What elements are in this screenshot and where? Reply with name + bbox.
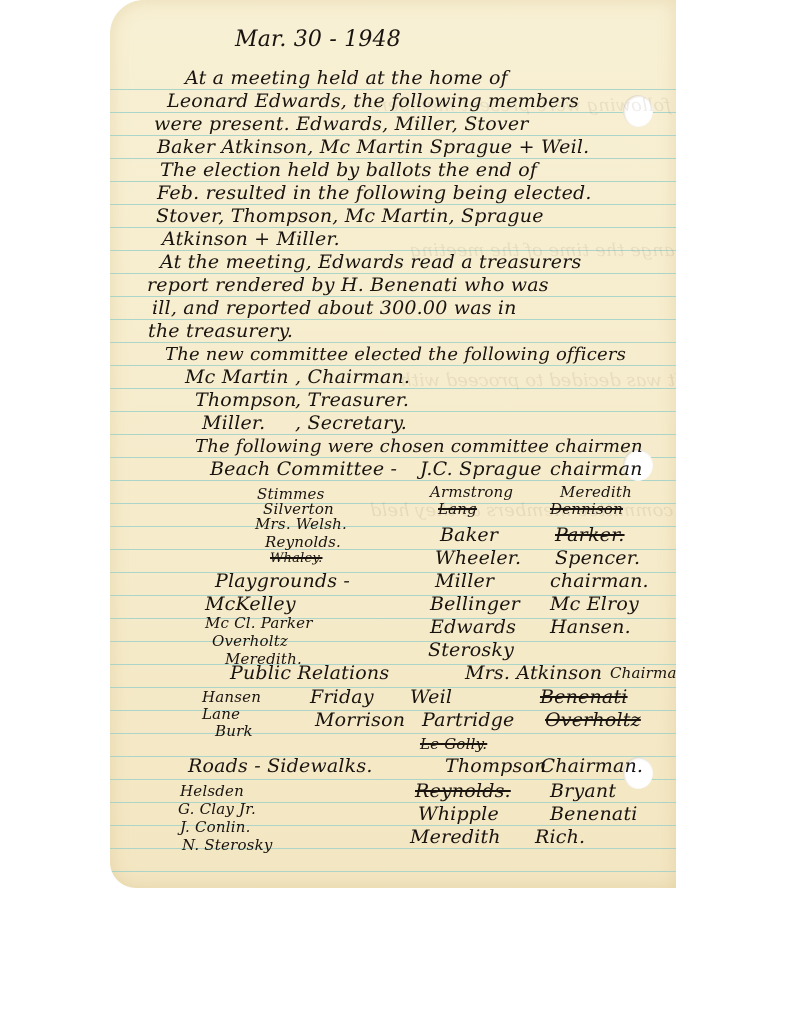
text-line: The election held by ballots the end of [160, 159, 537, 182]
committee-chair: J.C. Sprague [420, 458, 542, 481]
text-line: At the meeting, Edwards read a treasurer… [160, 251, 581, 274]
member-name: Bryant [550, 780, 616, 803]
committee-label: Roads - Sidewalks. [188, 755, 373, 778]
member-name: N. Sterosky [182, 836, 273, 854]
member-name: Overholtz [212, 632, 288, 650]
text-line: Feb. resulted in the following being ele… [157, 182, 592, 205]
officer-name: Mc Martin [185, 366, 289, 389]
committee-chair-title: . Chairman. [528, 755, 643, 778]
officer-title: , Secretary. [295, 412, 407, 435]
officer-title: , Treasurer. [295, 389, 409, 412]
member-name: Bellinger [430, 593, 520, 616]
member-name: Whipple [418, 803, 499, 826]
member-name: Weil [410, 686, 452, 709]
member-name: Spencer. [555, 547, 640, 570]
member-name: Partridge [422, 709, 515, 732]
member-name: Helsden [180, 782, 244, 800]
member-name-struck: Dennison [550, 500, 623, 518]
committee-label: Playgrounds - [215, 570, 350, 593]
member-name: Morrison [315, 709, 405, 732]
member-name: J. Conlin. [180, 818, 251, 836]
committee-label: Beach Committee - [210, 458, 397, 481]
committee-intro: The following were chosen committee chai… [195, 435, 643, 458]
member-name: Hansen [202, 688, 261, 706]
text-line: ill, and reported about 300.00 was in [152, 297, 517, 320]
member-name: Armstrong [430, 483, 513, 501]
committee-chair: Miller [435, 570, 494, 593]
member-name: Baker [440, 524, 498, 547]
member-name: Reynolds. [265, 533, 341, 551]
officer-name: Thompson [195, 389, 297, 412]
member-name: Burk [215, 722, 253, 740]
member-name: Meredith [410, 826, 501, 849]
member-name-struck: Benenati [540, 686, 628, 709]
member-name-struck: Overholtz [545, 709, 641, 732]
text-line: Baker Atkinson, Mc Martin Sprague + Weil… [157, 136, 589, 159]
ruled-line [110, 733, 676, 734]
member-name: Edwards [430, 616, 516, 639]
member-name: Meredith [560, 483, 632, 501]
member-name-struck: Le Golly. [420, 735, 487, 753]
member-name: Wheeler. [435, 547, 521, 570]
bleed-through-text: It was decided to proceed with [400, 370, 676, 391]
text-line: the treasurery. [148, 320, 293, 343]
member-name: Friday [310, 686, 374, 709]
notebook-page: the following were present members to ch… [110, 0, 676, 888]
member-name-struck: Reynolds. [415, 780, 511, 803]
committee-chair: Mrs. Atkinson [465, 662, 602, 685]
member-name-struck: Parker. [555, 524, 625, 547]
text-line: At a meeting held at the home of [185, 67, 508, 90]
text-line: report rendered by H. Benenati who was [147, 274, 549, 297]
text-line: Stover, Thompson, Mc Martin, Sprague [156, 205, 544, 228]
committee-chair-title: chairman [550, 458, 643, 481]
member-name: Hansen. [550, 616, 631, 639]
text-line: Atkinson + Miller. [162, 228, 340, 251]
committee-chair-title: chairman. [550, 570, 649, 593]
bleed-through-text: committee members as they held [370, 500, 673, 521]
member-name: Mrs. Welsh. [255, 515, 347, 533]
ruled-line [110, 871, 676, 872]
member-name: Mc Elroy [550, 593, 639, 616]
member-name: Mc Cl. Parker [205, 614, 313, 632]
member-name: Sterosky [428, 639, 514, 662]
committee-chair-title: Chairman [610, 664, 676, 682]
committee-label: Public Relations [230, 662, 389, 685]
ruled-line [110, 641, 676, 642]
member-name: G. Clay Jr. [178, 800, 256, 818]
member-name: Benenati [550, 803, 638, 826]
member-name: Lane [202, 705, 240, 723]
date-heading: Mar. 30 - 1948 [235, 28, 401, 51]
member-name: McKelley [205, 593, 296, 616]
member-name-struck: Whaley. [270, 551, 323, 566]
text-line: were present. Edwards, Miller, Stover [154, 113, 529, 136]
officer-title: , Chairman. [295, 366, 410, 389]
member-name: Rich. [535, 826, 585, 849]
text-line: Leonard Edwards, the following members [167, 90, 579, 113]
member-name-struck: Lang [438, 500, 477, 518]
officer-name: Miller. [202, 412, 265, 435]
text-line: The new committee elected the following … [165, 343, 626, 366]
